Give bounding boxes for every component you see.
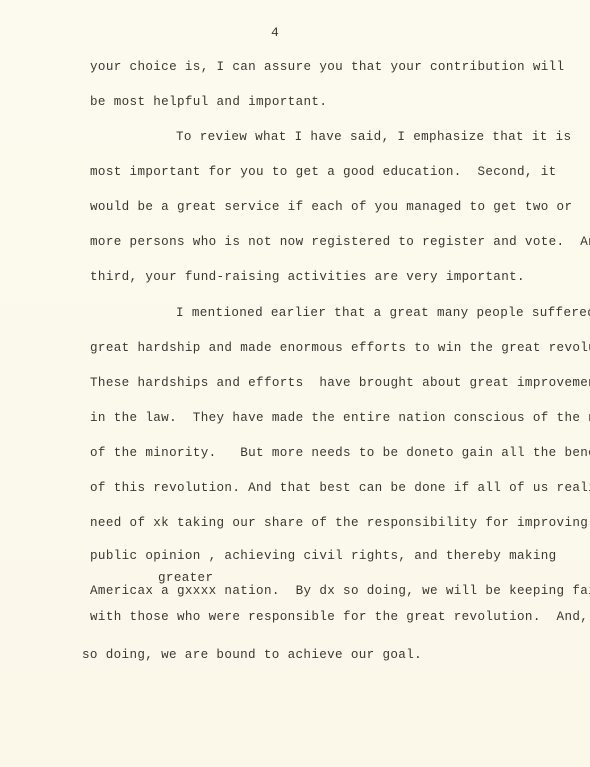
text-line-13: of this revolution. And that best can be…: [90, 481, 590, 495]
text-line-2: be most helpful and important.: [90, 95, 327, 109]
text-line-8: I mentioned earlier that a great many pe…: [176, 306, 590, 320]
text-line-18: so doing, we are bound to achieve our go…: [82, 648, 422, 662]
text-line-3: To review what I have said, I emphasize …: [176, 130, 571, 144]
text-line-11: in the law. They have made the entire na…: [90, 411, 590, 425]
typed-insertion-greater: greater: [158, 571, 213, 585]
text-line-16: Americax a gxxxx nation. By dx so doing,…: [90, 584, 590, 598]
text-line-12: of the minority. But more needs to be do…: [90, 446, 590, 460]
text-line-7: third, your fund-raising activities are …: [90, 270, 525, 284]
text-line-6: more persons who is not now registered t…: [90, 235, 590, 249]
text-line-15: public opinion , achieving civil rights,…: [90, 549, 557, 563]
text-line-14: need of xk taking our share of the respo…: [90, 516, 588, 530]
text-line-17: with those who were responsible for the …: [90, 610, 590, 624]
page-number: 4: [271, 25, 279, 40]
text-line-9: great hardship and made enormous efforts…: [90, 341, 590, 355]
text-line-4: most important for you to get a good edu…: [90, 165, 557, 179]
text-line-10: These hardships and efforts have brought…: [90, 376, 590, 390]
typewritten-page: 4 your choice is, I can assure you that …: [0, 0, 590, 767]
text-line-1: your choice is, I can assure you that yo…: [90, 60, 564, 74]
text-line-5: would be a great service if each of you …: [90, 200, 572, 214]
